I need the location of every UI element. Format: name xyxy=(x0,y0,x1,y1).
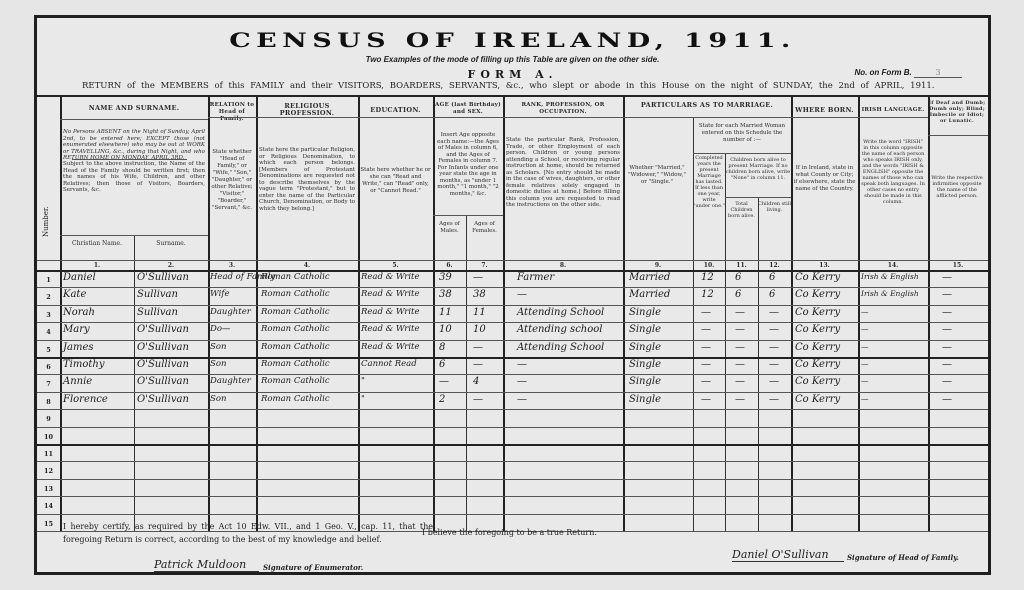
column-number: 14. xyxy=(858,262,928,269)
column-number: 5. xyxy=(358,262,433,269)
total-children-cell: — xyxy=(735,359,745,370)
occupation-cell: Attending School xyxy=(517,342,604,353)
children-living-cell: 6 xyxy=(769,289,775,300)
column-number: 13. xyxy=(791,262,858,269)
grid-hline xyxy=(37,374,988,375)
column-number: 8. xyxy=(503,262,623,269)
row-number: 8 xyxy=(37,398,60,406)
relation-header: RELATION to Head of Family. xyxy=(208,102,256,123)
children-living-header: Children still living. xyxy=(758,201,791,213)
grid-hline xyxy=(37,461,988,462)
grid-hline xyxy=(37,392,988,393)
row-number: 5 xyxy=(37,346,60,354)
where-born-cell: Co Kerry xyxy=(795,376,840,387)
education-cell: " xyxy=(361,394,365,404)
marital-status-cell: Single xyxy=(629,394,661,405)
grid-hline xyxy=(37,340,988,341)
religion-cell: Roman Catholic xyxy=(261,289,330,299)
married-woman-instruction: State for each Married Woman entered on … xyxy=(693,123,791,144)
column-number: 10. xyxy=(693,262,725,269)
grid-hline xyxy=(928,135,988,136)
enumerator-signature-label: Signature of Enumerator. xyxy=(263,563,363,572)
column-number: 3. xyxy=(208,262,256,269)
grid-vline xyxy=(758,197,759,531)
marital-status-cell: Married xyxy=(629,289,670,300)
children-living-cell: 6 xyxy=(769,272,775,283)
education-cell: Read & Write xyxy=(361,272,420,282)
grid-vline xyxy=(466,215,467,531)
age-males-cell: 2 xyxy=(439,394,445,405)
grid-hline xyxy=(37,514,988,515)
row-number: 2 xyxy=(37,293,60,301)
total-children-cell: 6 xyxy=(735,272,741,283)
education-header: EDUCATION. xyxy=(358,107,433,114)
column-number: 4. xyxy=(256,262,358,269)
religion-instruction: State here the particular Religion, or R… xyxy=(259,147,355,212)
true-return-text: I believe the foregoing to be a true Ret… xyxy=(422,528,597,537)
surname-header: Surname. xyxy=(134,240,208,247)
infirmity-cell: — xyxy=(942,342,952,353)
years-married-header: Completed years the present Marriage has… xyxy=(693,155,725,209)
where-born-cell: Co Kerry xyxy=(795,394,840,405)
infirmity-cell: — xyxy=(942,272,952,283)
row-number: 6 xyxy=(37,363,60,371)
form-b-label: No. on Form B. xyxy=(854,68,911,77)
education-cell: Read & Write xyxy=(361,324,420,334)
education-instruction: State here whether he or she can "Read a… xyxy=(360,167,431,195)
return-line: RETURN of the MEMBERS of this FAMILY and… xyxy=(82,81,935,91)
surname-cell: O'Sullivan xyxy=(137,376,189,387)
grid-vline xyxy=(623,97,625,531)
occupation-cell: — xyxy=(517,376,527,387)
years-married-cell: 12 xyxy=(701,272,714,283)
religion-cell: Roman Catholic xyxy=(261,376,330,386)
occupation-cell: — xyxy=(517,394,527,405)
total-children-cell: — xyxy=(735,324,745,335)
age-males-header: Ages of Males. xyxy=(433,221,466,235)
surname-cell: O'Sullivan xyxy=(137,359,189,370)
grid-hline xyxy=(693,153,791,154)
marital-status-cell: Single xyxy=(629,359,661,370)
years-married-cell: 12 xyxy=(701,289,714,300)
surname-cell: Sullivan xyxy=(137,289,178,300)
marital-status-cell: Single xyxy=(629,376,661,387)
row-number: 11 xyxy=(37,450,60,458)
grid-hline xyxy=(37,260,988,261)
grid-hline xyxy=(37,496,988,497)
enumerator-signature: Patrick Muldoon xyxy=(154,558,259,572)
infirmity-cell: — xyxy=(942,289,952,300)
column-number: 11. xyxy=(725,262,758,269)
irish-instruction: Write the word "IRISH" in this column op… xyxy=(860,139,926,205)
age-males-cell: 11 xyxy=(439,307,452,318)
irish-language-cell: — xyxy=(861,342,869,351)
education-cell: Read & Write xyxy=(361,289,420,299)
column-number: 15. xyxy=(928,262,988,269)
first-name-cell: Daniel xyxy=(63,272,96,283)
occupation-cell: Attending school xyxy=(517,324,602,335)
row-number: 3 xyxy=(37,311,60,319)
years-married-cell: — xyxy=(701,307,711,318)
total-children-cell: — xyxy=(735,342,745,353)
grid-hline xyxy=(60,235,208,236)
relation-cell: Daughter xyxy=(210,376,251,386)
age-females-header: Ages of Females. xyxy=(466,221,503,235)
first-name-cell: James xyxy=(63,342,94,353)
column-number: 2. xyxy=(134,262,208,269)
occupation-cell: — xyxy=(517,289,527,300)
where-born-cell: Co Kerry xyxy=(795,342,840,353)
name-instruction-1: No Persons ABSENT on the Night of Sunday… xyxy=(63,129,205,162)
age-females-cell: 38 xyxy=(473,289,486,300)
name-instruction-2: Subject to the above instruction, the Na… xyxy=(63,161,205,194)
grid-vline xyxy=(503,97,505,531)
first-name-cell: Florence xyxy=(63,394,108,405)
first-name-cell: Kate xyxy=(63,289,86,300)
grid-vline xyxy=(433,97,435,531)
relation-cell: Son xyxy=(210,342,226,352)
children-living-cell: — xyxy=(769,394,779,405)
name-header: NAME AND SURNAME. xyxy=(60,105,208,112)
relation-cell: Son xyxy=(210,359,226,369)
irish-language-cell: — xyxy=(861,394,869,403)
grid-vline xyxy=(358,97,360,531)
age-females-cell: 11 xyxy=(473,307,486,318)
first-name-cell: Norah xyxy=(63,307,95,318)
row-number: 14 xyxy=(37,502,60,510)
infirmity-cell: — xyxy=(942,394,952,405)
row-number: 15 xyxy=(37,520,60,528)
total-children-cell: — xyxy=(735,394,745,405)
where-born-cell: Co Kerry xyxy=(795,359,840,370)
grid-hline xyxy=(623,117,791,118)
row-number: 10 xyxy=(37,433,60,441)
occupation-cell: Farmer xyxy=(517,272,554,283)
relation-cell: Wife xyxy=(210,289,229,299)
irish-header: IRISH LANGUAGE. xyxy=(858,107,928,114)
religion-cell: Roman Catholic xyxy=(261,394,330,404)
row-number: 13 xyxy=(37,485,60,493)
age-instruction: Insert Age opposite each name:—the Ages … xyxy=(434,132,502,197)
grid-hline xyxy=(358,117,433,118)
age-females-cell: 4 xyxy=(473,376,479,387)
marital-status-cell: Single xyxy=(629,324,661,335)
where-born-header: WHERE BORN. xyxy=(791,107,858,114)
grid-vline xyxy=(256,97,258,531)
grid-hline xyxy=(37,409,988,410)
where-born-cell: Co Kerry xyxy=(795,272,840,283)
form-b-value: 3 xyxy=(914,68,962,78)
relation-cell: Daughter xyxy=(210,307,251,317)
infirmity-header: If Deaf and Dumb; Dumb only; Blind; Imbe… xyxy=(928,100,986,124)
occupation-cell: — xyxy=(517,359,527,370)
age-females-cell: 10 xyxy=(473,324,486,335)
surname-cell: O'Sullivan xyxy=(137,324,189,335)
marital-status-cell: Married xyxy=(629,272,670,283)
grid-hline xyxy=(72,159,187,160)
age-males-cell: 8 xyxy=(439,342,445,353)
certification-text: I hereby certify, as required by the Act… xyxy=(63,520,433,546)
grid-hline xyxy=(37,427,988,428)
grid-hline xyxy=(791,117,858,118)
religion-cell: Roman Catholic xyxy=(261,359,330,369)
religion-cell: Roman Catholic xyxy=(261,307,330,317)
christian-name-header: Christian Name. xyxy=(60,240,134,247)
occupation-cell: Attending School xyxy=(517,307,604,318)
census-table: Number. NAME AND SURNAME. No Persons ABS… xyxy=(37,95,988,525)
years-married-cell: — xyxy=(701,359,711,370)
document-subtitle: Two Examples of the mode of filling up t… xyxy=(37,55,988,64)
infirmity-cell: — xyxy=(942,376,952,387)
column-number: 7. xyxy=(466,262,503,269)
children-living-cell: — xyxy=(769,307,779,318)
where-born-instruction: If in Ireland, state in what County or C… xyxy=(793,165,856,193)
age-females-cell: — xyxy=(473,272,483,283)
occupation-header: RANK, PROFESSION, OR OCCUPATION. xyxy=(503,102,623,116)
where-born-cell: Co Kerry xyxy=(795,289,840,300)
age-females-cell: — xyxy=(473,394,483,405)
occupation-instruction: State the particular Rank, Profession, T… xyxy=(506,137,620,209)
total-children-cell: — xyxy=(735,376,745,387)
grid-hline xyxy=(37,305,988,306)
grid-hline xyxy=(37,287,988,288)
grid-hline xyxy=(37,322,988,323)
irish-language-cell: — xyxy=(861,324,869,333)
age-females-cell: — xyxy=(473,359,483,370)
education-cell: Cannot Read xyxy=(361,359,417,369)
age-males-cell: — xyxy=(439,376,449,387)
infirmity-cell: — xyxy=(942,359,952,370)
years-married-cell: — xyxy=(701,342,711,353)
row-number: 9 xyxy=(37,415,60,423)
document-title: CENSUS OF IRELAND, 1911. xyxy=(0,28,1024,52)
marriage-header: PARTICULARS AS TO MARRIAGE. xyxy=(623,102,791,109)
irish-language-cell: — xyxy=(861,359,869,368)
children-living-cell: — xyxy=(769,376,779,387)
surname-cell: Sullivan xyxy=(137,307,178,318)
education-cell: " xyxy=(361,376,365,386)
education-cell: Read & Write xyxy=(361,307,420,317)
age-males-cell: 6 xyxy=(439,359,445,370)
grid-hline xyxy=(37,479,988,480)
grid-vline xyxy=(134,235,135,531)
grid-hline xyxy=(37,444,988,446)
form-b-number: No. on Form B. 3 xyxy=(854,68,962,78)
head-signature: Daniel O'Sullivan xyxy=(732,548,844,562)
irish-language-cell: — xyxy=(861,376,869,385)
total-children-cell: — xyxy=(735,307,745,318)
grid-hline xyxy=(858,117,928,118)
irish-language-cell: Irish & English xyxy=(861,272,919,281)
grid-hline xyxy=(256,117,358,118)
years-married-cell: — xyxy=(701,376,711,387)
grid-vline xyxy=(791,97,793,531)
infirmity-cell: — xyxy=(942,307,952,318)
irish-language-cell: — xyxy=(861,307,869,316)
column-number: 6. xyxy=(433,262,466,269)
children-living-cell: — xyxy=(769,342,779,353)
row-number: 12 xyxy=(37,467,60,475)
irish-language-cell: Irish & English xyxy=(861,289,919,298)
relation-cell: Son xyxy=(210,394,226,404)
column-number: 9. xyxy=(623,262,693,269)
years-married-cell: — xyxy=(701,324,711,335)
children-living-cell: — xyxy=(769,359,779,370)
age-header: AGE (last Birthday) and SEX. xyxy=(433,102,503,116)
grid-vline xyxy=(60,97,62,531)
form-label: FORM A. xyxy=(37,68,988,81)
grid-hline xyxy=(433,117,503,118)
age-males-cell: 10 xyxy=(439,324,452,335)
infirmity-cell: — xyxy=(942,324,952,335)
age-males-cell: 38 xyxy=(439,289,452,300)
religion-cell: Roman Catholic xyxy=(261,324,330,334)
grid-vline xyxy=(725,153,726,531)
where-born-cell: Co Kerry xyxy=(795,324,840,335)
grid-hline xyxy=(433,215,503,216)
marriage-instruction: Whether "Married," "Widower," "Widow," o… xyxy=(625,165,689,186)
first-name-cell: Mary xyxy=(63,324,90,335)
where-born-cell: Co Kerry xyxy=(795,307,840,318)
religion-cell: Roman Catholic xyxy=(261,342,330,352)
grid-hline xyxy=(208,117,256,118)
census-form: CENSUS OF IRELAND, 1911. Two Examples of… xyxy=(34,15,991,575)
surname-cell: O'Sullivan xyxy=(137,342,189,353)
surname-cell: O'Sullivan xyxy=(137,272,189,283)
grid-hline xyxy=(725,197,791,198)
grid-hline xyxy=(503,117,623,118)
row-number: 7 xyxy=(37,380,60,388)
marital-status-cell: Single xyxy=(629,342,661,353)
column-number: 1. xyxy=(60,262,134,269)
grid-vline xyxy=(693,117,694,531)
education-cell: Read & Write xyxy=(361,342,420,352)
head-signature-label: Signature of Head of Family. xyxy=(847,553,959,562)
row-number: 1 xyxy=(37,276,60,284)
children-living-cell: — xyxy=(769,324,779,335)
first-name-cell: Timothy xyxy=(63,359,104,370)
marital-status-cell: Single xyxy=(629,307,661,318)
total-children-cell: 6 xyxy=(735,289,741,300)
first-name-cell: Annie xyxy=(63,376,92,387)
relation-instruction: State whether "Head of Family," or "Wife… xyxy=(209,149,255,212)
grid-vline xyxy=(858,97,860,531)
relation-cell: Do— xyxy=(210,324,230,334)
number-header: Number. xyxy=(42,157,50,237)
age-females-cell: — xyxy=(473,342,483,353)
total-children-header: Total Children born alive. xyxy=(725,201,758,219)
religion-header: RELIGIOUS PROFESSION. xyxy=(256,103,358,117)
column-number: 12. xyxy=(758,262,791,269)
children-born-header: Children born alive to present Marriage.… xyxy=(725,157,791,181)
religion-cell: Roman Catholic xyxy=(261,272,330,282)
years-married-cell: — xyxy=(701,394,711,405)
age-males-cell: 39 xyxy=(439,272,452,283)
grid-hline xyxy=(60,119,208,120)
row-number: 4 xyxy=(37,328,60,336)
surname-cell: O'Sullivan xyxy=(137,394,189,405)
infirmity-instruction: Write the respective infirmities opposit… xyxy=(929,175,985,199)
grid-vline xyxy=(928,97,930,531)
